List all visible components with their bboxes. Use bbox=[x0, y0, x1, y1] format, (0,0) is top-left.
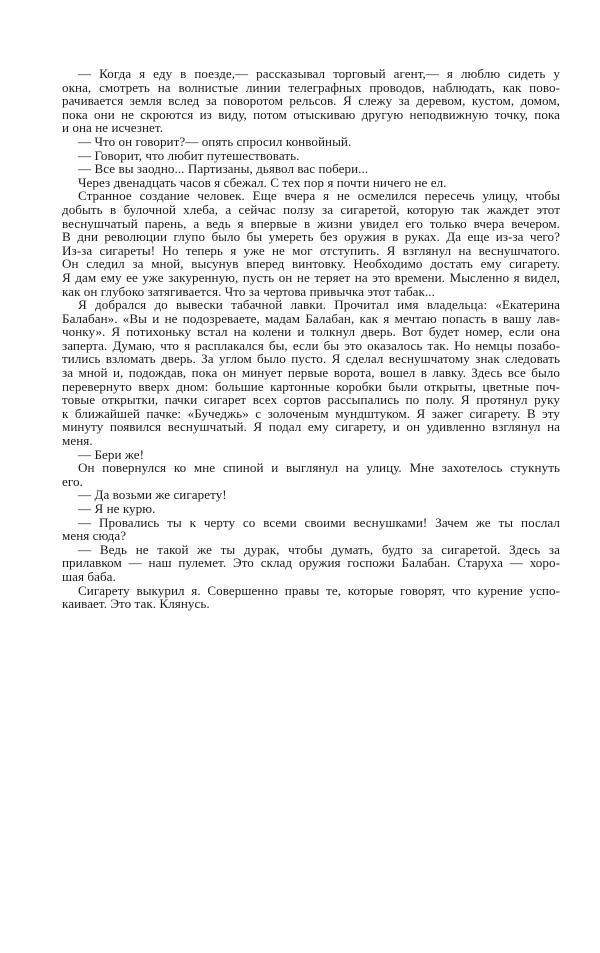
text-line: Из-за сигареты! Но теперь я уже не мог о… bbox=[62, 244, 560, 258]
text-line: окна, смотреть на волнистые линии телегр… bbox=[62, 81, 560, 95]
document-page: — Когда я еду в поезде,— рассказывал тор… bbox=[62, 67, 560, 611]
text-line: пока они не скроются из виду, потом отыс… bbox=[62, 108, 560, 122]
text-line: и она не исчезнет. bbox=[62, 121, 560, 135]
text-line: — Когда я еду в поезде,— рассказывал тор… bbox=[62, 67, 560, 81]
text-line: — Все вы заодно... Партизаны, дьявол вас… bbox=[62, 162, 560, 176]
text-line: заперта. Думаю, что я расплакался бы, ес… bbox=[62, 339, 560, 353]
text-line: Он следил за мной, высунув вперед винтов… bbox=[62, 257, 560, 271]
text-line: шая баба. bbox=[62, 570, 560, 584]
text-line: Балабан». «Вы и не подозреваете, мадам Б… bbox=[62, 312, 560, 326]
text-line: веснушчатый парень, а ведь я впервые в ж… bbox=[62, 217, 560, 231]
text-line: меня. bbox=[62, 434, 560, 448]
text-line: добыть в булочной хлеба, а сейчас ползу … bbox=[62, 203, 560, 217]
text-line: тились взломать дверь. За углом было пус… bbox=[62, 352, 560, 366]
text-line: — Что он говорит?— опять спросил конвойн… bbox=[62, 135, 560, 149]
text-line: Он повернулся ко мне спиной и выглянул н… bbox=[62, 461, 560, 475]
text-line: Сигарету выкурил я. Совершенно правы те,… bbox=[62, 584, 560, 598]
text-line: к ближайшей пачке: «Бучеджь» с золоченым… bbox=[62, 407, 560, 421]
text-line: — Да возьми же сигарету! bbox=[62, 488, 560, 502]
text-line: минуту появился веснушчатый. Я подал ему… bbox=[62, 420, 560, 434]
text-line: — Ведь не такой же ты дурак, чтобы думат… bbox=[62, 543, 560, 557]
text-line: Через двенадцать часов я сбежал. С тех п… bbox=[62, 176, 560, 190]
text-line: как он глубоко затягивается. Что за черт… bbox=[62, 285, 560, 299]
text-line: прилавком — наш пулемет. Это склад оружи… bbox=[62, 556, 560, 570]
text-line: Я добрался до вывески табачной лавки. Пр… bbox=[62, 298, 560, 312]
text-line: за мной и, подождав, пока он минует перв… bbox=[62, 366, 560, 380]
text-line: — Бери же! bbox=[62, 448, 560, 462]
text-line: меня сюда? bbox=[62, 529, 560, 543]
text-line: — Я не курю. bbox=[62, 502, 560, 516]
text-line: товые открытки, пачки сигарет всех сорто… bbox=[62, 393, 560, 407]
text-line: В дни революции глупо было бы умереть бе… bbox=[62, 230, 560, 244]
text-line: чонку». Я потихоньку встал на колени и т… bbox=[62, 325, 560, 339]
text-line: его. bbox=[62, 475, 560, 489]
text-line: рачивается земля вслед за поворотом рель… bbox=[62, 94, 560, 108]
text-line: перевернуто вверх дном: большие картонны… bbox=[62, 380, 560, 394]
text-line: Я дам ему ее уже закуренную, пусть он не… bbox=[62, 271, 560, 285]
text-line: — Провались ты к черту со всеми своими в… bbox=[62, 516, 560, 530]
text-line: Странное создание человек. Еще вчера я н… bbox=[62, 189, 560, 203]
text-line: каивает. Это так. Клянусь. bbox=[62, 597, 560, 611]
text-line: — Говорит, что любит путешествовать. bbox=[62, 149, 560, 163]
